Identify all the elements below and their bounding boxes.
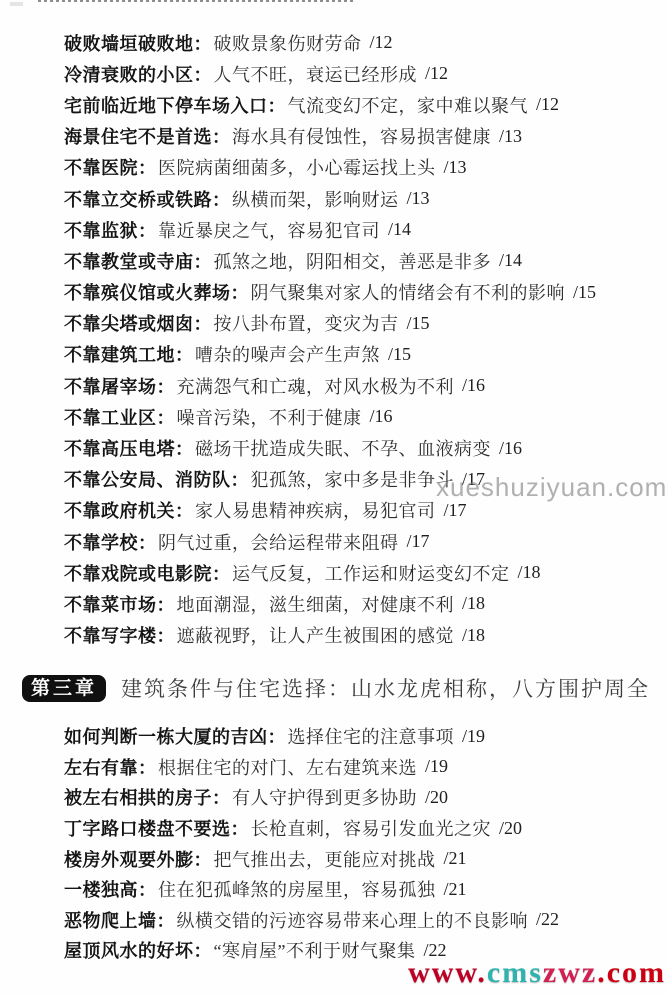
toc-item: 不靠学校：阴气过重，会给运程带来阻碍/17 [64,526,596,557]
scanned-toc-page: { "toc": { "separator": "：", "page_prefi… [0,0,668,994]
toc-item-separator: ： [157,622,175,648]
toc-item-desc: 运气反复，工作运和财运变幻不定 [232,560,510,586]
toc-item-page: /18 [462,625,485,646]
watermark-red-segment: www. [408,956,487,989]
toc-item-page: /15 [388,344,411,365]
toc-item-separator: ： [212,560,230,586]
toc-item: 不靠殡仪馆或火葬场：阴气聚集对家人的情绪会有不利的影响/15 [64,277,596,308]
toc-item-head: 屋顶风水的好坏 [64,937,194,963]
toc-item-separator: ： [157,373,175,399]
toc-item-page: /16 [462,375,485,396]
toc-item-head: 破败墙垣破败地 [64,30,194,56]
toc-item-head: 不靠建筑工地 [64,341,175,367]
toc-item: 冷清衰败的小区：人气不旺，衰运已经形成/12 [64,58,596,89]
toc-item-head: 不靠立交桥或铁路 [64,186,212,212]
toc-item-desc: 住在犯孤峰煞的房屋里，容易孤独 [158,876,436,902]
toc-item-desc: 犯孤煞，家中多是非争斗 [251,466,455,492]
toc-item-separator: ： [212,784,230,810]
toc-item-page: /18 [518,562,541,583]
watermark-red-segment: zwz [543,956,597,989]
toc-item: 不靠监狱：靠近暴戾之气，容易犯官司/14 [64,214,596,245]
toc-item-page: /16 [499,438,522,459]
toc-item-desc: 纵横交错的污迹容易带来心理上的不良影响 [177,907,529,933]
toc-item-separator: ： [231,466,249,492]
toc-item-page: /17 [444,500,467,521]
toc-item-separator: ： [138,876,156,902]
toc-item-head: 冷清衰败的小区 [64,61,194,87]
toc-item-page: /12 [425,63,448,84]
toc-item-head: 不靠菜市场 [64,591,157,617]
toc-item-page: /13 [499,126,522,147]
toc-item-head: 不靠戏院或电影院 [64,560,212,586]
toc-item-desc: 嘈杂的噪声会产生声煞 [195,341,380,367]
toc-item-head: 恶物爬上墙 [64,907,157,933]
toc-item-separator: ： [138,217,156,243]
toc-item-head: 宅前临近地下停车场入口 [64,92,268,118]
toc-item-page: /19 [462,726,485,747]
watermark-red: www.cmszwz.com [408,956,666,990]
toc-item-page: /22 [536,909,559,930]
toc-item-head: 海景住宅不是首选 [64,123,212,149]
toc-item: 海景住宅不是首选：海水具有侵蚀性，容易损害健康/13 [64,121,596,152]
toc-item-page: /13 [407,188,430,209]
toc-item: 不靠建筑工地：嘈杂的噪声会产生声煞/15 [64,339,596,370]
toc-item-desc: 气流变幻不定，家中难以聚气 [288,92,529,118]
toc-item-desc: 人气不旺，衰运已经形成 [214,61,418,87]
toc-item-head: 不靠学校 [64,529,138,555]
toc-item-page: /21 [444,848,467,869]
watermark-red-segment: cms [487,956,543,989]
toc-item-separator: ： [268,723,286,749]
toc-item-separator: ： [157,907,175,933]
toc-item-desc: 把气推出去，更能应对挑战 [214,846,436,872]
toc-item-desc: 阴气过重，会给运程带来阻碍 [158,529,399,555]
toc-item-desc: 长枪直刺，容易引发血光之灾 [251,815,492,841]
toc-item-page: /17 [407,531,430,552]
toc-item-head: 不靠殡仪馆或火葬场 [64,279,231,305]
toc-item-desc: 破败景象伤财劳命 [214,30,362,56]
toc-item-desc: 充满怨气和亡魂，对风水极为不利 [177,373,455,399]
toc-item-separator: ： [194,248,212,274]
toc-item-head: 不靠尖塔或烟囱 [64,310,194,336]
toc-item-separator: ： [175,435,193,461]
watermark-red-segment: .com [597,956,666,989]
toc-item-head: 不靠教堂或寺庙 [64,248,194,274]
toc-item-page: /19 [425,756,448,777]
toc-item-separator: ： [175,341,193,367]
toc-item-head: 丁字路口楼盘不要选 [64,815,231,841]
toc-item-separator: ： [231,279,249,305]
toc-item: 不靠尖塔或烟囱：按八卦布置，变灾为吉/15 [64,308,596,339]
toc-item: 不靠医院：医院病菌细菌多，小心霉运找上头/13 [64,152,596,183]
toc-item-separator: ： [194,846,212,872]
toc-item-separator: ： [212,186,230,212]
toc-item-desc: 阴气聚集对家人的情绪会有不利的影响 [251,279,566,305]
toc-item: 丁字路口楼盘不要选：长枪直刺，容易引发血光之灾/20 [64,813,559,844]
toc-item-head: 不靠政府机关 [64,497,175,523]
toc-item-desc: “寒肩屋”不利于财气聚集 [214,937,416,963]
toc-item: 被左右相拱的房子：有人守护得到更多协助/20 [64,782,559,813]
toc-item-separator: ： [212,123,230,149]
toc-item: 宅前临近地下停车场入口：气流变幻不定，家中难以聚气/12 [64,89,596,120]
toc-item-head: 不靠写字楼 [64,622,157,648]
toc-item: 不靠教堂或寺庙：孤煞之地，阴阳相交，善恶是非多/14 [64,245,596,276]
chapter-heading: 第三章 建筑条件与住宅选择：山水龙虎相称，八方围护周全 [22,673,650,703]
toc-item-page: /15 [573,282,596,303]
toc-item-page: /14 [388,219,411,240]
toc-item-head: 不靠医院 [64,154,138,180]
clipped-previous-line-dots [38,0,353,3]
toc-item-desc: 孤煞之地，阴阳相交，善恶是非多 [214,248,492,274]
toc-item-head: 不靠工业区 [64,404,157,430]
toc-item-desc: 医院病菌细菌多，小心霉运找上头 [158,154,436,180]
toc-item-separator: ： [157,404,175,430]
toc-item: 不靠工业区：噪音污染，不利于健康/16 [64,401,596,432]
toc-item: 一楼独高：住在犯孤峰煞的房屋里，容易孤独/21 [64,874,559,905]
toc-item-page: /12 [370,32,393,53]
toc-item: 不靠高压电塔：磁场干扰造成失眠、不孕、血液病变/16 [64,432,596,463]
toc-item-desc: 家人易患精神疾病，易犯官司 [195,497,436,523]
toc-item: 不靠公安局、消防队：犯孤煞，家中多是非争斗/17 [64,464,596,495]
toc-item: 破败墙垣破败地：破败景象伤财劳命/12 [64,27,596,58]
toc-item: 不靠立交桥或铁路：纵横而架，影响财运/13 [64,183,596,214]
toc-item-desc: 按八卦布置，变灾为吉 [214,310,399,336]
toc-item-separator: ： [157,591,175,617]
toc-item-separator: ： [194,937,212,963]
toc-item-head: 一楼独高 [64,876,138,902]
toc-item-separator: ： [194,30,212,56]
toc-item-separator: ： [175,497,193,523]
toc-item-separator: ： [194,61,212,87]
toc-item-separator: ： [194,310,212,336]
toc-item-page: /18 [462,593,485,614]
page-edge-mark [10,2,23,6]
toc-item-page: /14 [499,250,522,271]
toc-item-desc: 根据住宅的对门、左右建筑来选 [158,754,417,780]
toc-item-separator: ： [138,754,156,780]
toc-item-head: 楼房外观要外膨 [64,846,194,872]
toc-item-page: /16 [370,406,393,427]
toc-item-separator: ： [231,815,249,841]
toc-item-desc: 纵横而架，影响财运 [232,186,399,212]
toc-item-head: 不靠高压电塔 [64,435,175,461]
toc-item-head: 不靠屠宰场 [64,373,157,399]
toc-item-desc: 遮蔽视野，让人产生被围困的感觉 [177,622,455,648]
toc-item: 如何判断一栋大厦的吉凶：选择住宅的注意事项/19 [64,721,559,752]
toc-item-head: 左右有靠 [64,754,138,780]
toc-item-page: /13 [444,157,467,178]
toc-item: 不靠政府机关：家人易患精神疾病，易犯官司/17 [64,495,596,526]
toc-item: 恶物爬上墙：纵横交错的污迹容易带来心理上的不良影响/22 [64,905,559,936]
toc-item-page: /12 [536,94,559,115]
toc-item-page: /15 [407,313,430,334]
toc-item-head: 不靠监狱 [64,217,138,243]
toc-item-desc: 选择住宅的注意事项 [288,723,455,749]
toc-item: 不靠菜市场：地面潮湿，滋生细菌，对健康不利/18 [64,588,596,619]
toc-item: 不靠写字楼：遮蔽视野，让人产生被围困的感觉/18 [64,620,596,651]
toc-item-head: 不靠公安局、消防队 [64,466,231,492]
toc-item-separator: ： [138,529,156,555]
toc-item-desc: 海水具有侵蚀性，容易损害健康 [232,123,491,149]
toc-item-separator: ： [268,92,286,118]
toc-item-page: /21 [444,879,467,900]
toc-item-desc: 有人守护得到更多协助 [232,784,417,810]
toc-item-desc: 噪音污染，不利于健康 [177,404,362,430]
toc-item-separator: ： [138,154,156,180]
dotted-leader [38,0,353,2]
toc-item: 左右有靠：根据住宅的对门、左右建筑来选/19 [64,752,559,783]
toc-item: 楼房外观要外膨：把气推出去，更能应对挑战/21 [64,843,559,874]
toc-item-page: /20 [499,818,522,839]
toc-item-desc: 磁场干扰造成失眠、不孕、血液病变 [195,435,491,461]
toc-item-desc: 靠近暴戾之气，容易犯官司 [158,217,380,243]
toc-item-page: /17 [462,469,485,490]
chapter-badge: 第三章 [22,675,106,702]
toc-section-1: 破败墙垣破败地：破败景象伤财劳命/12冷清衰败的小区：人气不旺，衰运已经形成/1… [64,27,596,651]
toc-item-head: 如何判断一栋大厦的吉凶 [64,723,268,749]
toc-item-desc: 地面潮湿，滋生细菌，对健康不利 [177,591,455,617]
toc-item-head: 被左右相拱的房子 [64,784,212,810]
toc-item: 不靠戏院或电影院：运气反复，工作运和财运变幻不定/18 [64,557,596,588]
toc-item-page: /20 [425,787,448,808]
toc-section-2: 如何判断一栋大厦的吉凶：选择住宅的注意事项/19左右有靠：根据住宅的对门、左右建… [64,721,559,966]
toc-item: 不靠屠宰场：充满怨气和亡魂，对风水极为不利/16 [64,370,596,401]
chapter-title: 建筑条件与住宅选择：山水龙虎相称，八方围护周全 [121,673,650,703]
